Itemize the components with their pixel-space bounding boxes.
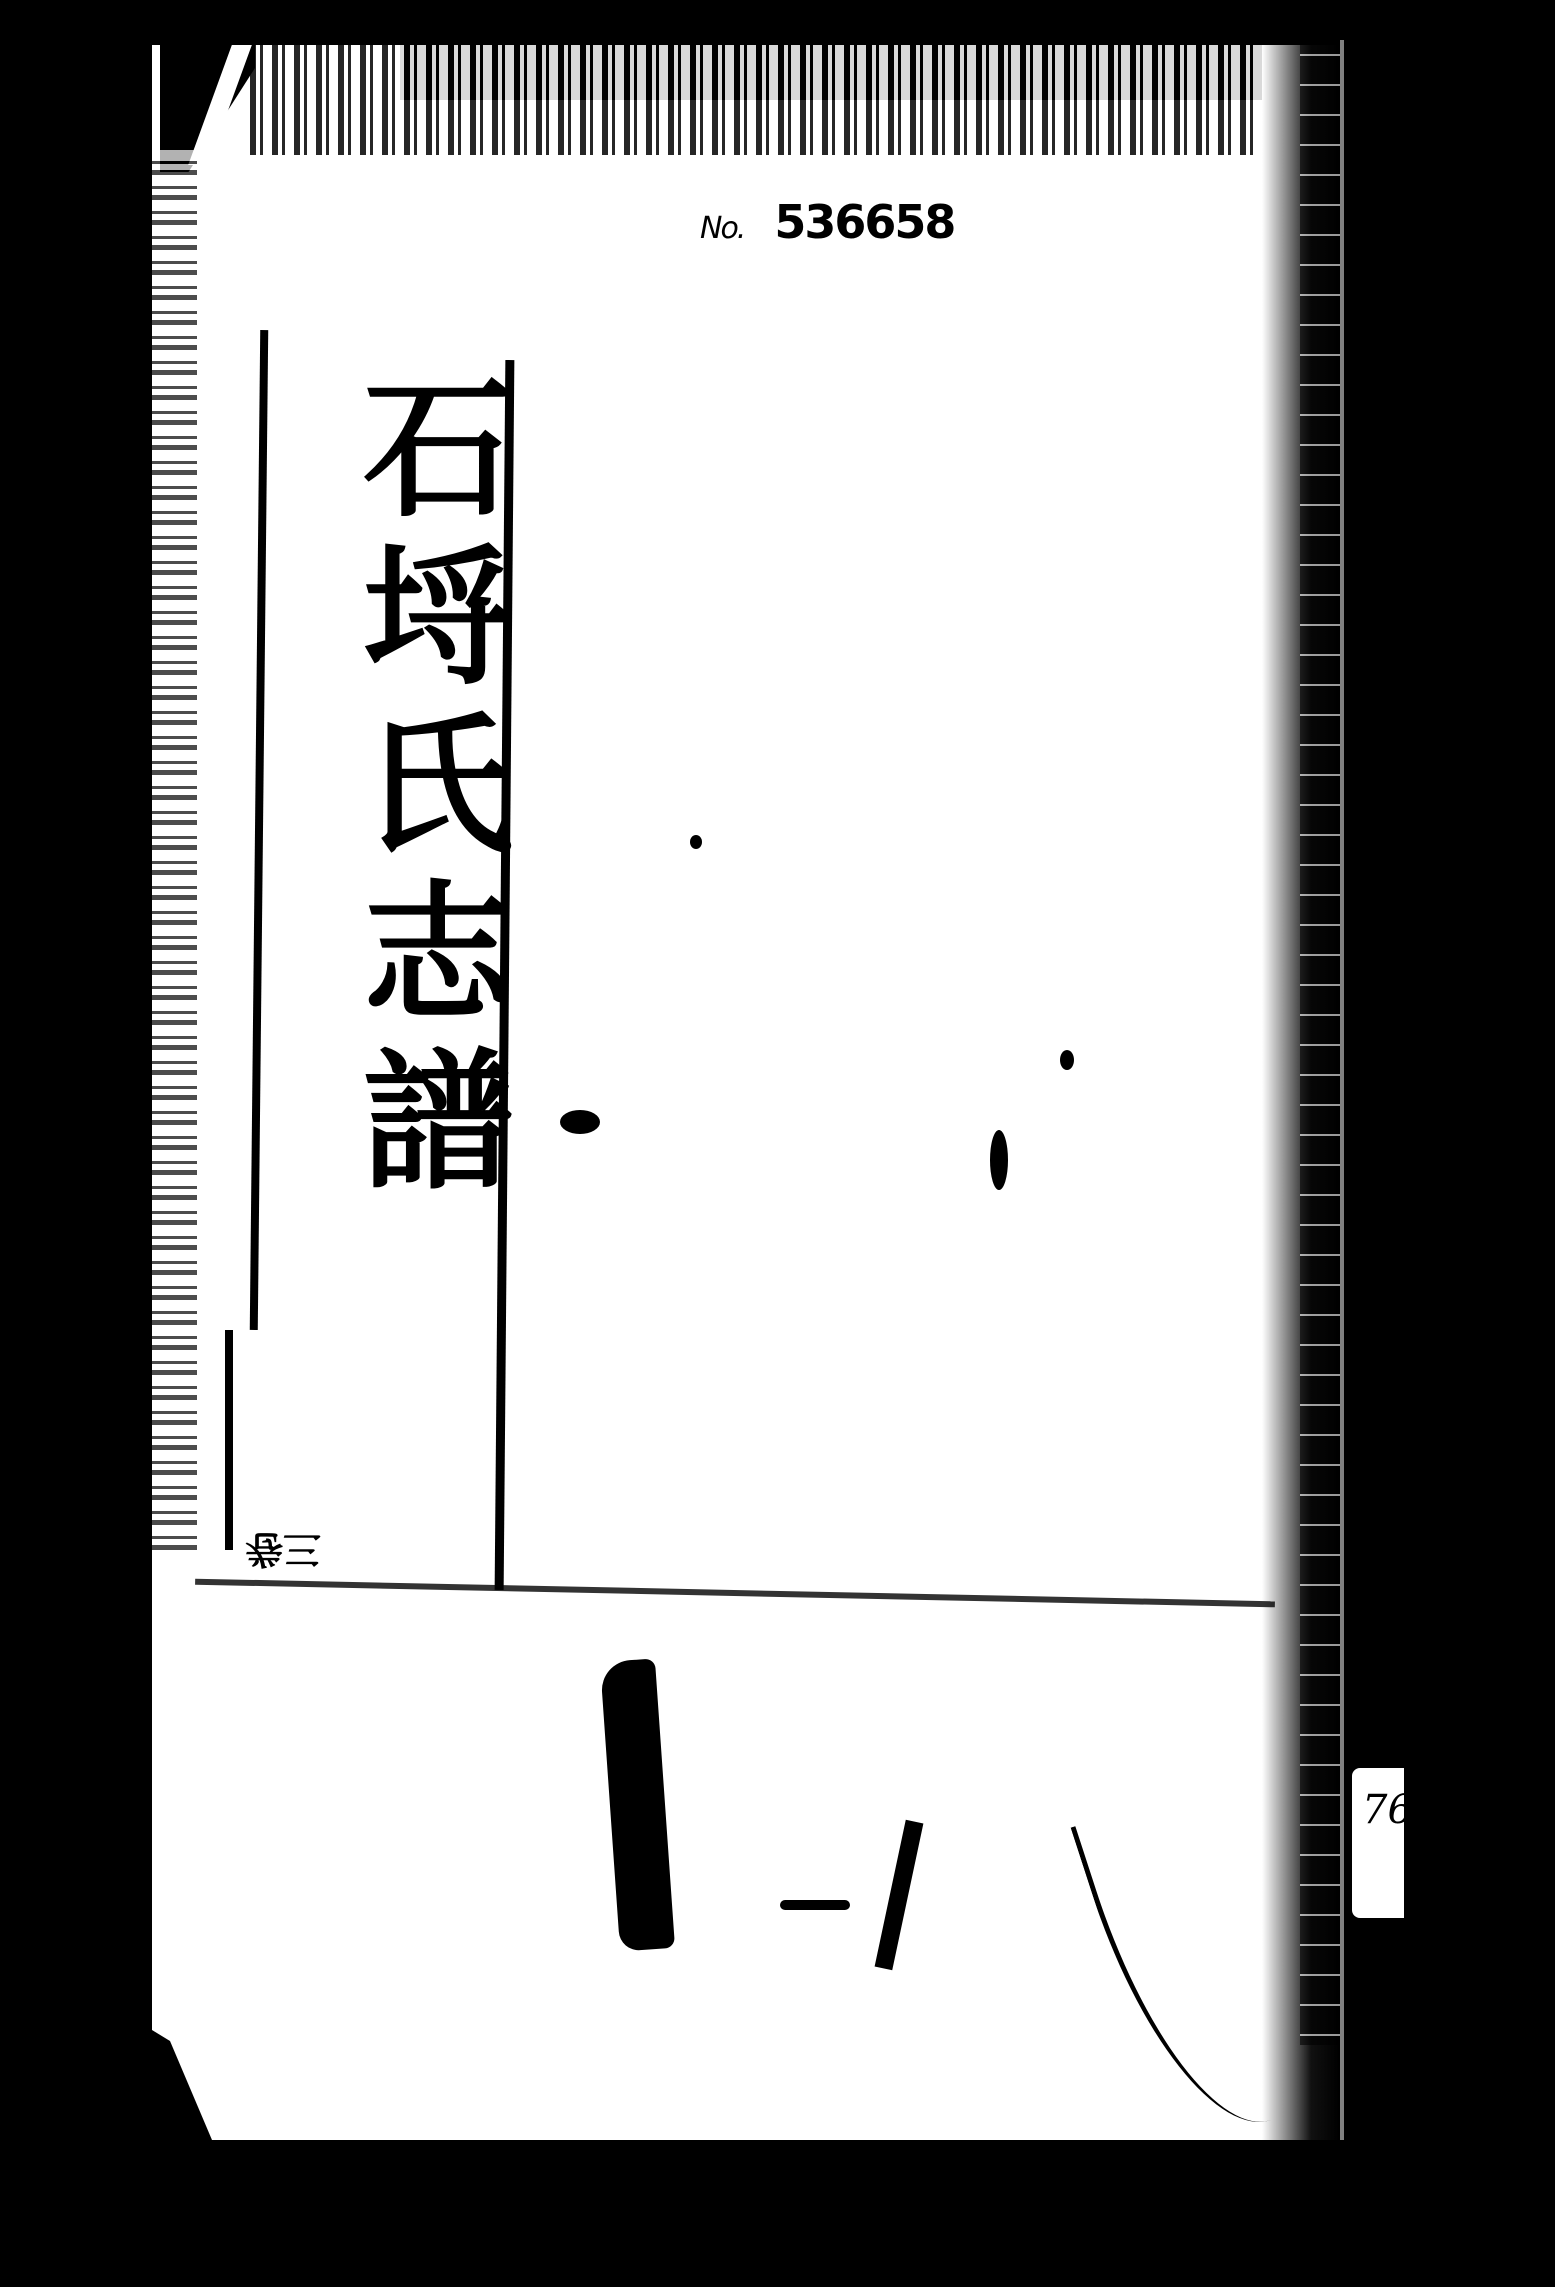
catalog-number-value: 536658 — [774, 195, 954, 249]
catalog-number-prefix: No. — [700, 211, 744, 246]
ink-mark — [780, 1900, 850, 1910]
spine-line — [1340, 40, 1344, 2140]
title-label-border-left-lower — [225, 1330, 233, 1550]
book-title: 石埒氏志譜 — [300, 370, 500, 1210]
catalog-number-stamp: No.536658 — [700, 195, 954, 249]
top-edge-texture — [250, 45, 1400, 155]
left-edge-texture — [152, 150, 197, 1550]
ink-speck — [690, 835, 702, 849]
ink-speck — [1060, 1050, 1074, 1070]
volume-label: 卷三 — [245, 1525, 321, 1580]
spine-texture — [1300, 45, 1340, 2045]
ink-speck — [560, 1110, 600, 1134]
ink-speck — [990, 1130, 1008, 1190]
side-tag-number: 76 — [1362, 1790, 1413, 1830]
